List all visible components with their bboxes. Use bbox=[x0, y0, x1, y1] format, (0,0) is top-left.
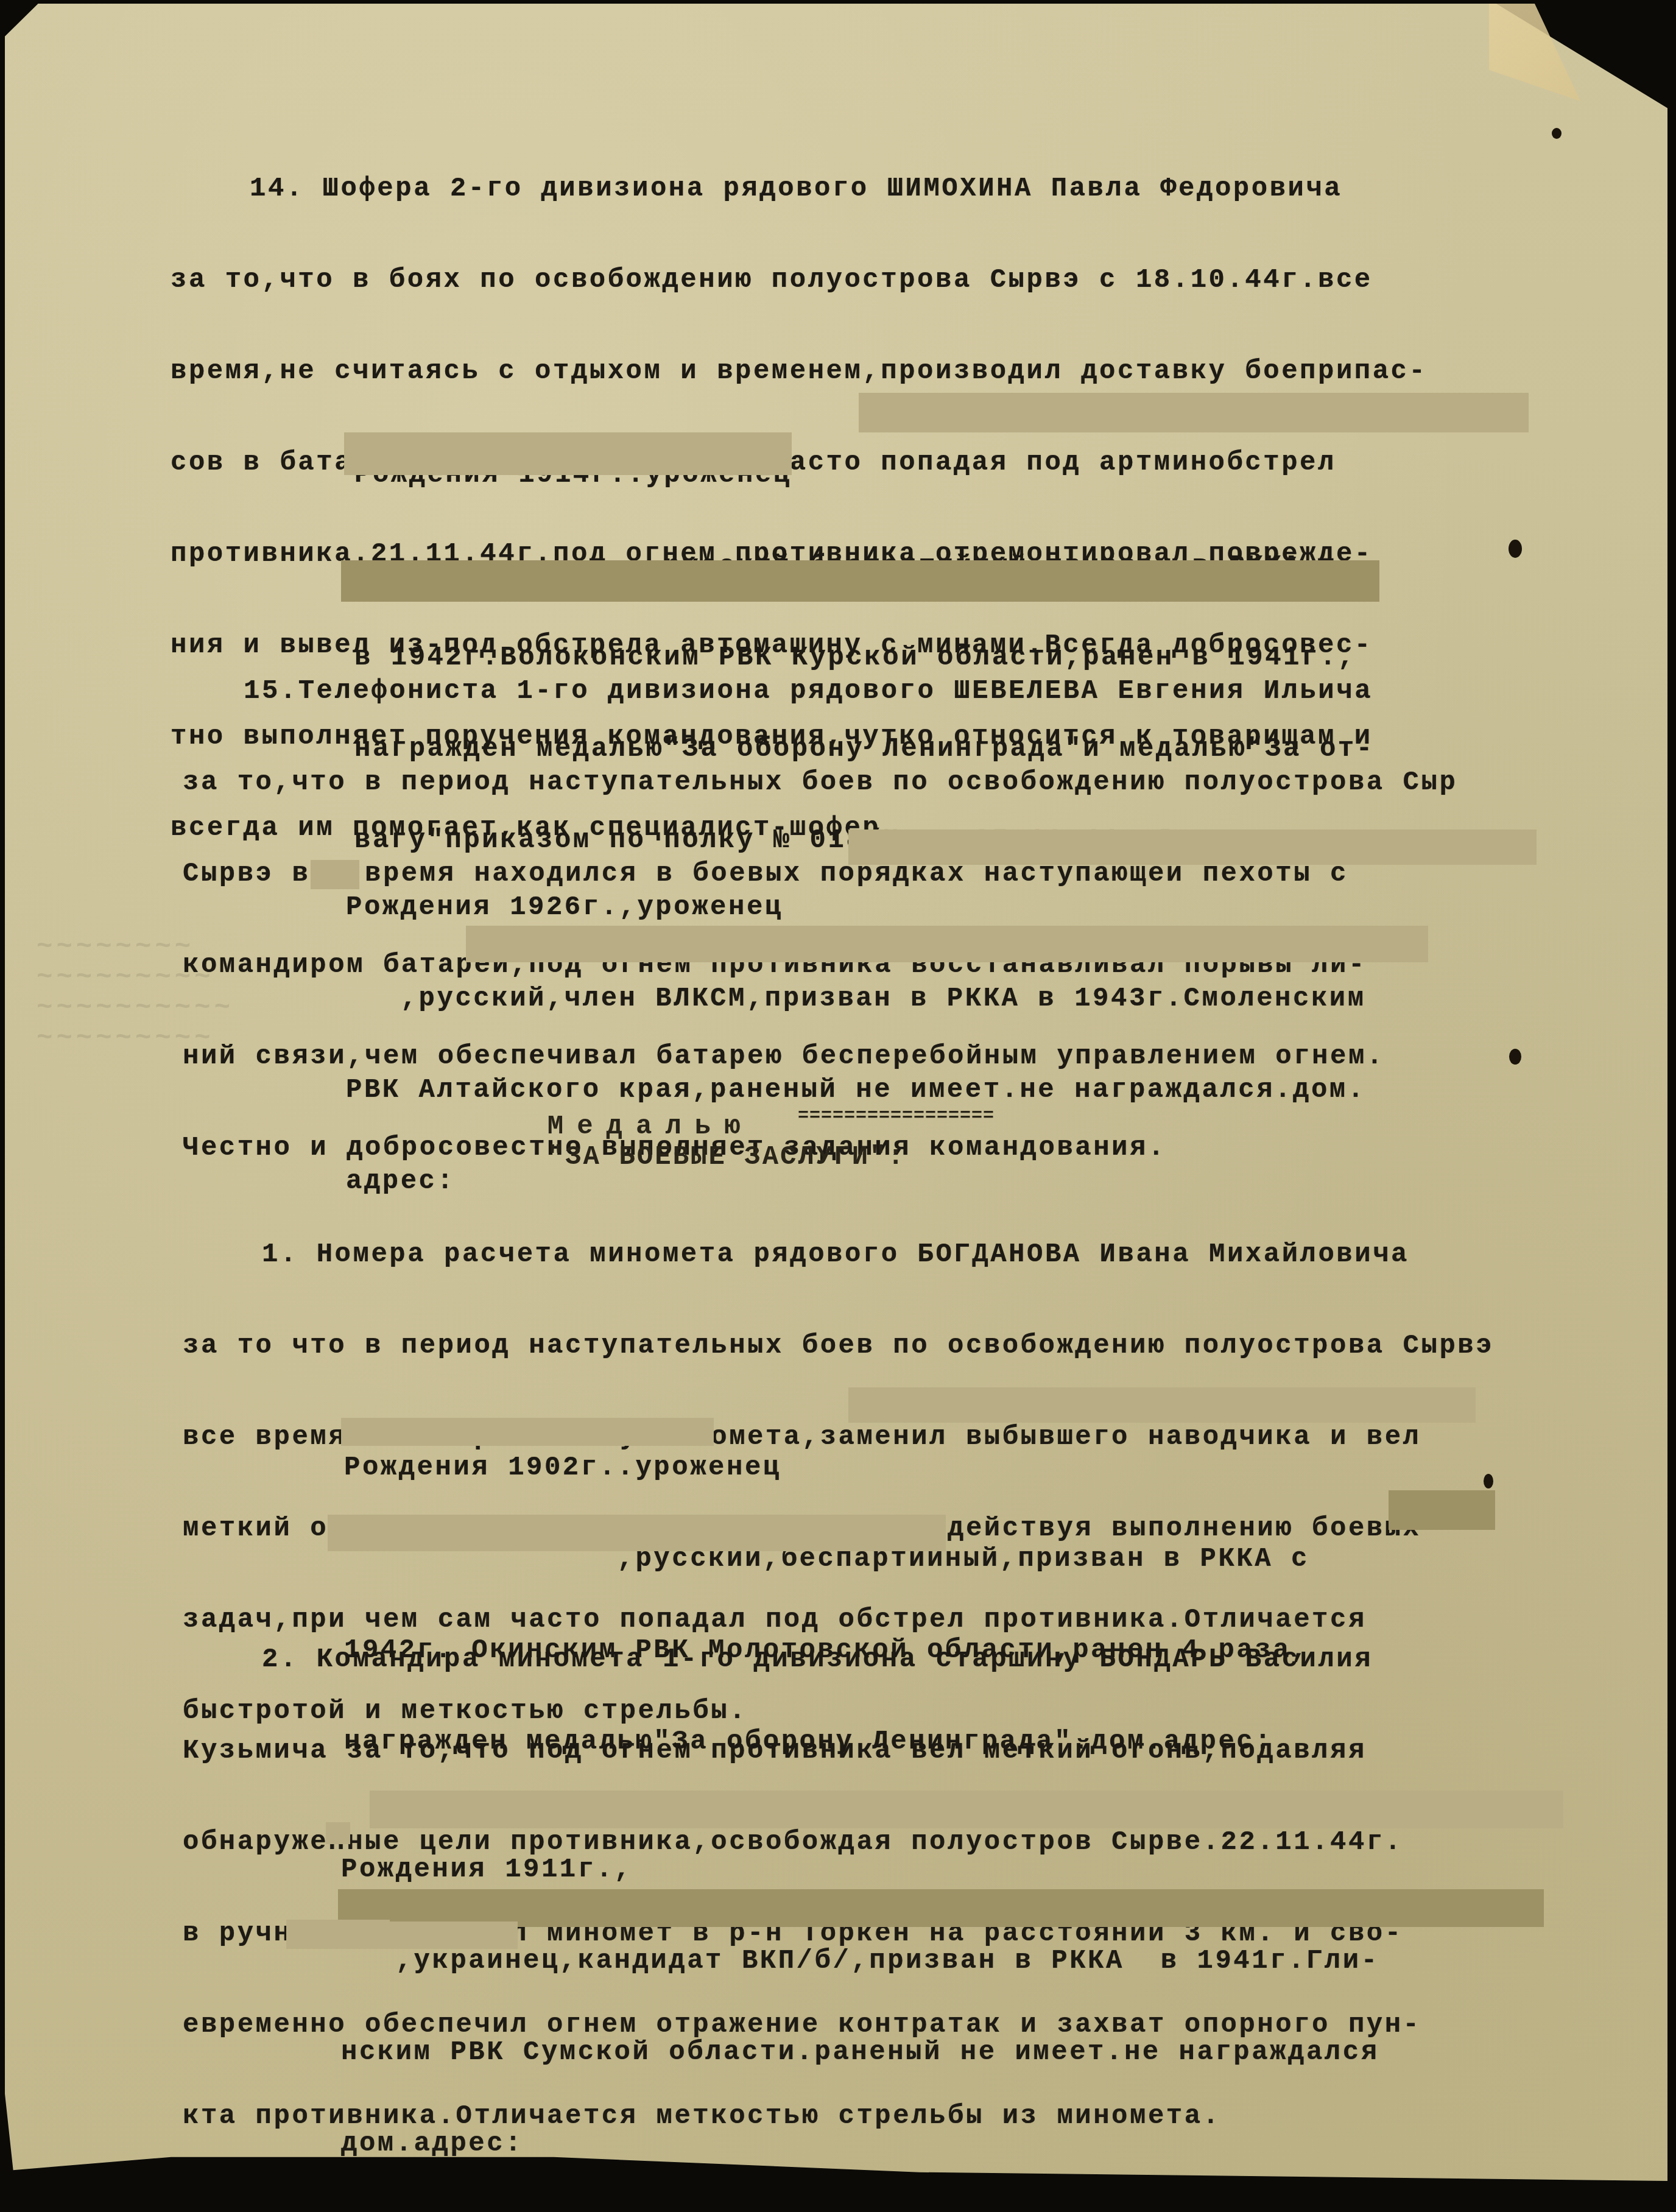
bio-line: Рождения 1902г..уроженец bbox=[344, 1453, 1309, 1483]
bio-line: ,русский,член ВЛКСМ,призван в РККА в 194… bbox=[346, 984, 1366, 1014]
redaction-box bbox=[848, 1387, 1476, 1423]
redaction-box bbox=[311, 860, 359, 889]
redaction-box bbox=[341, 560, 1379, 602]
entry-line: 2. Командира миномета 1-го дивизиона ста… bbox=[183, 1644, 1421, 1675]
redaction-box bbox=[326, 1822, 350, 1844]
heading-prefix: Медалью bbox=[548, 1111, 754, 1142]
redaction-box bbox=[859, 393, 1529, 432]
entry-line: время,не считаясь с отдыхом и временем,п… bbox=[171, 356, 1427, 387]
punch-mark bbox=[1484, 1474, 1493, 1488]
heading-underline: ================= bbox=[798, 1113, 995, 1120]
bio-line: ,украинец,кандидат ВКП/б/,призван в РККА… bbox=[341, 1946, 1379, 1976]
redaction-box bbox=[317, 1921, 518, 1949]
entry-line: за то что в период наступательных боев п… bbox=[183, 1331, 1494, 1361]
entry-line: Кузьмича за то,что под огнем противника … bbox=[183, 1736, 1421, 1766]
punch-mark bbox=[1509, 540, 1522, 558]
redaction-box bbox=[466, 926, 1428, 962]
bio-line: Рождения 1911г., bbox=[341, 1854, 1379, 1885]
entry-2-bio: Рождения 1911г., ,украинец,кандидат ВКП/… bbox=[341, 1794, 1379, 2189]
entry-line: за то,что в период наступательных боев п… bbox=[183, 767, 1457, 798]
entry-line: за то,что в боях по освобождению полуост… bbox=[171, 265, 1427, 295]
heading-title: "ЗА БОЕВЫЕ ЗАСЛУГИ": bbox=[548, 1142, 906, 1172]
entry-line: 14. Шофера 2-го дивизиона рядового ШИМОХ… bbox=[171, 174, 1427, 204]
redaction-box bbox=[338, 1889, 1544, 1927]
entry-line: 1. Номера расчета миномета рядового БОГД… bbox=[183, 1239, 1494, 1270]
redaction-box bbox=[370, 1791, 1563, 1828]
redaction-box bbox=[1389, 1490, 1495, 1530]
punch-mark bbox=[1552, 128, 1562, 139]
redaction-box bbox=[341, 1418, 714, 1446]
entry-line: 15.Телефониста 1-го дивизиона рядового Ш… bbox=[183, 676, 1457, 706]
punch-mark bbox=[1509, 1049, 1521, 1065]
redaction-box bbox=[848, 829, 1537, 865]
redaction-box bbox=[328, 1515, 946, 1551]
bio-line: нским РВК Сумской области.раненый не име… bbox=[341, 2037, 1379, 2068]
bio-line: Рождения 1926г.,уроженец bbox=[346, 892, 1366, 923]
bio-line: дом.адрес: bbox=[341, 2129, 1379, 2159]
redaction-box bbox=[344, 432, 792, 475]
